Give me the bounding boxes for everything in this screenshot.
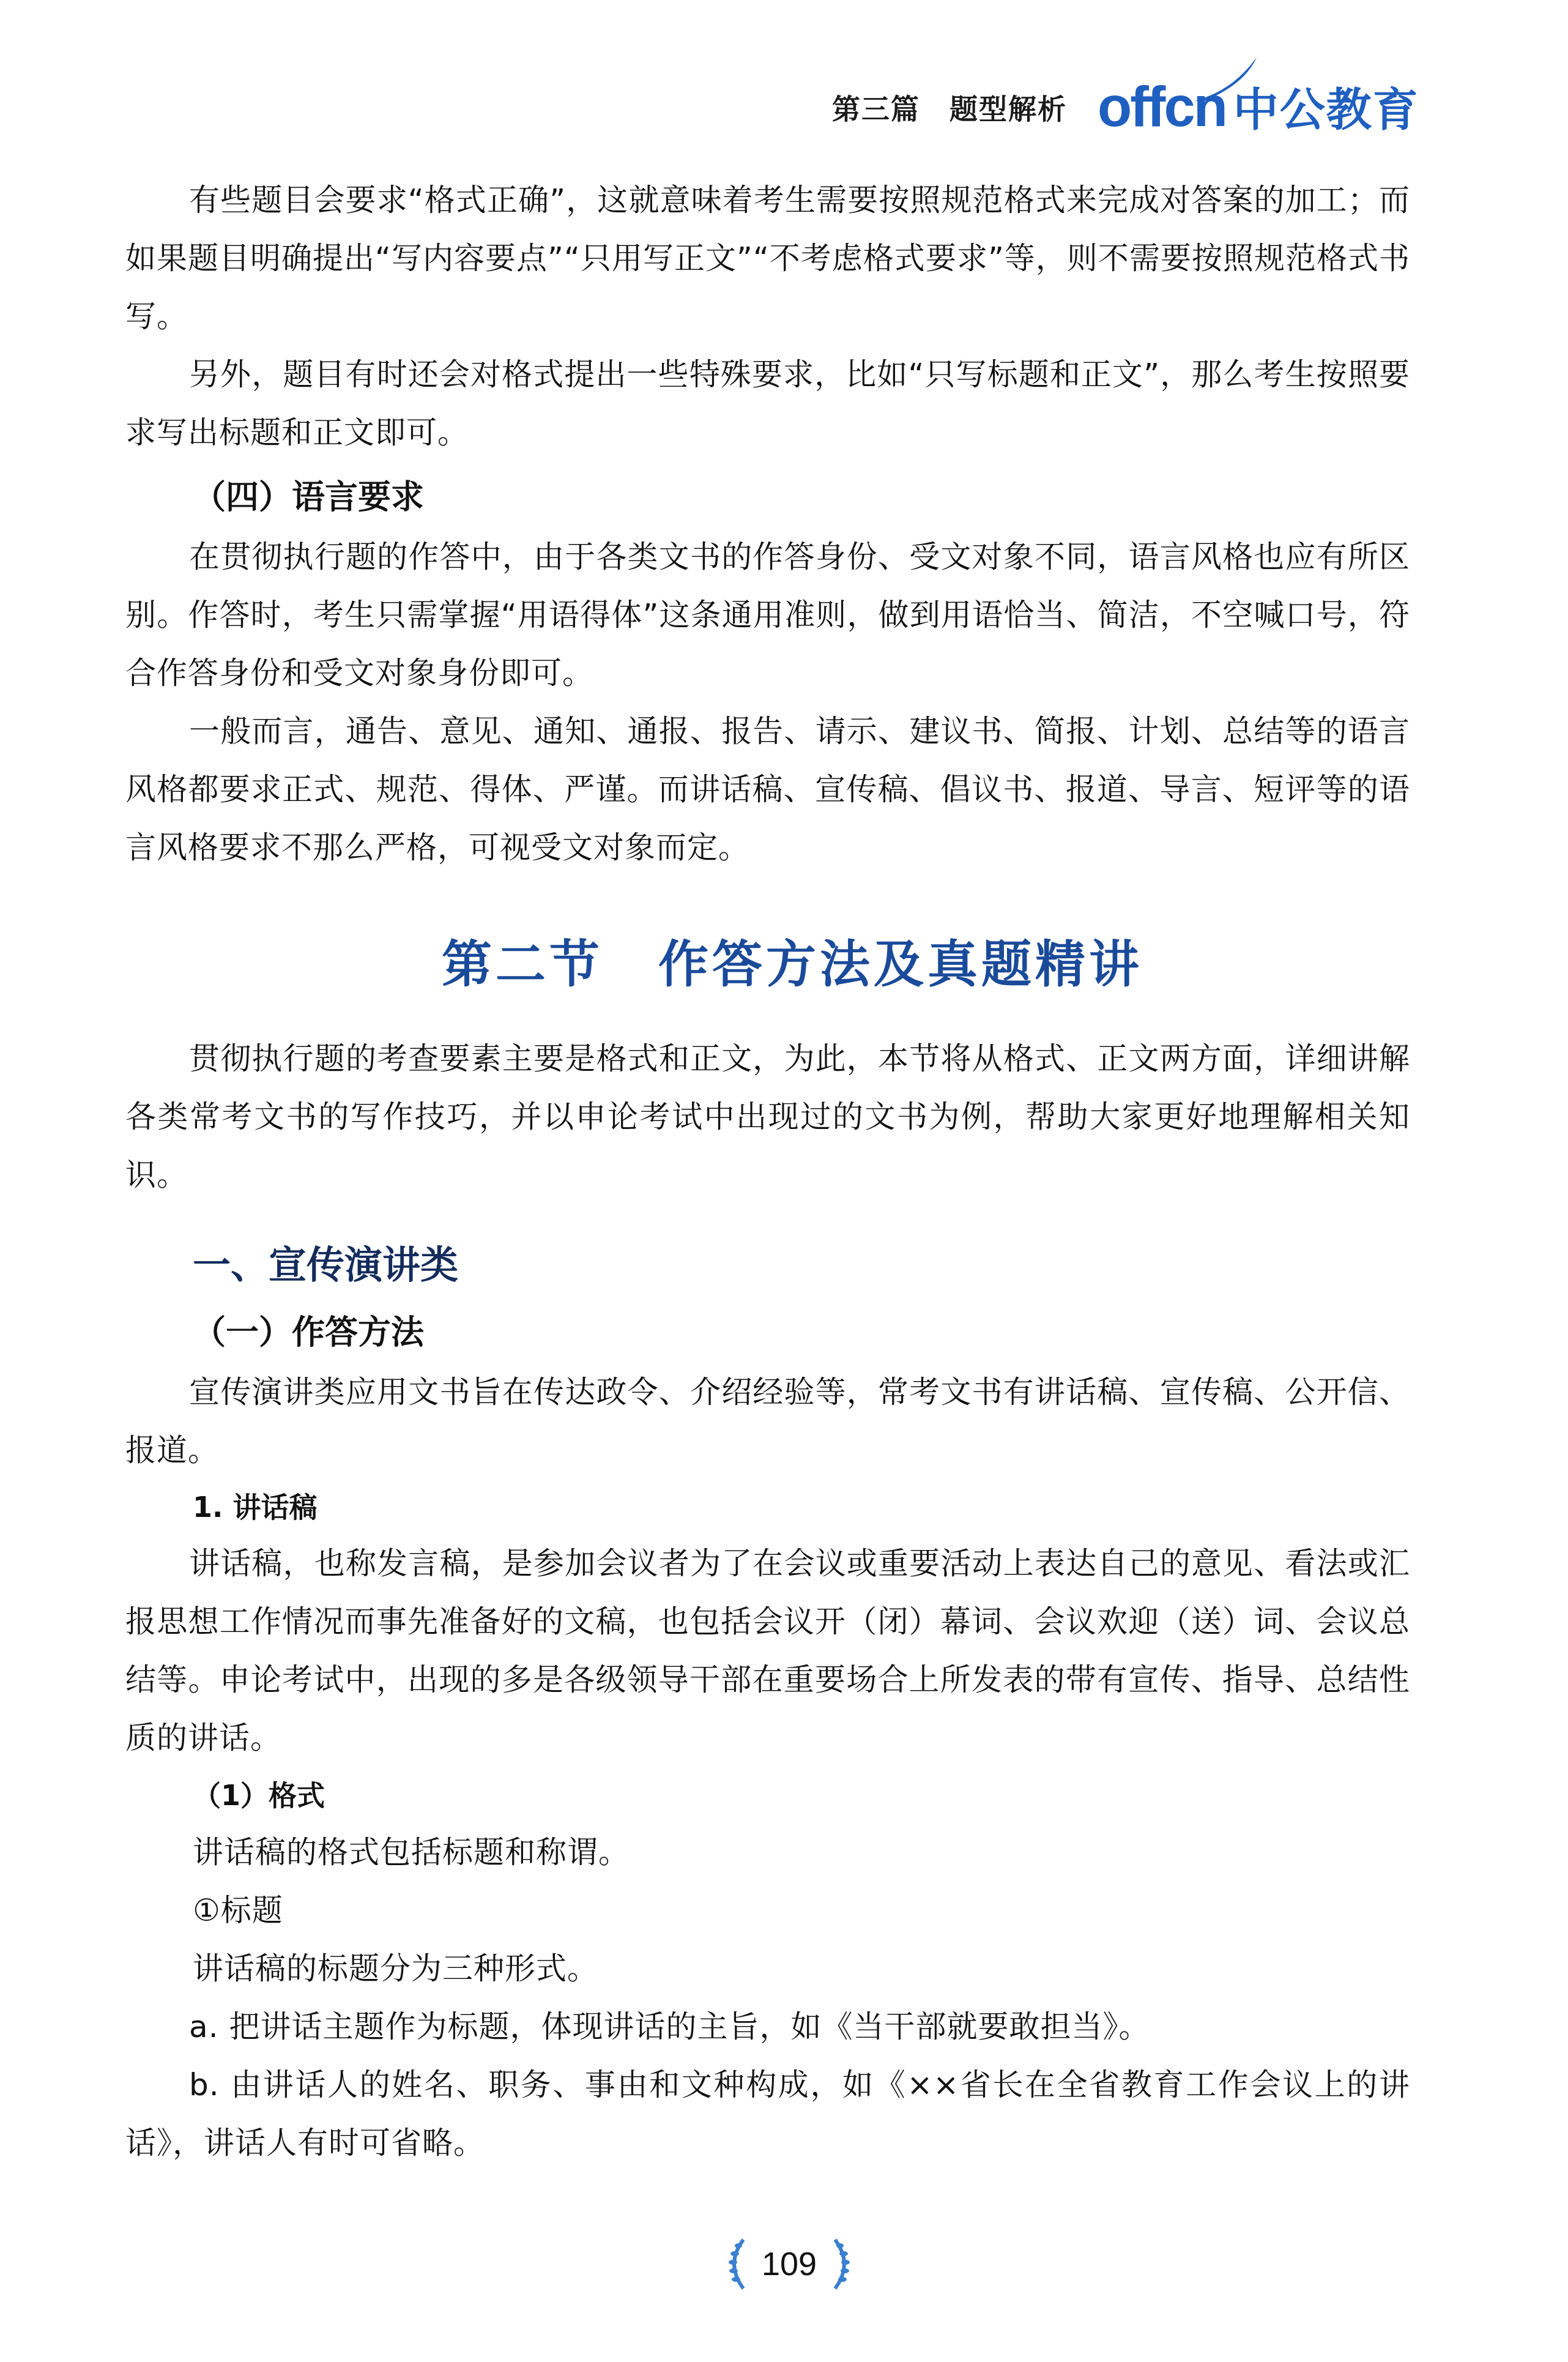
- part-title: 题型解析: [949, 92, 1067, 125]
- list-item: b. 由讲话人的姓名、职务、事由和文种构成，如《××省长在全省教育工作会议上的讲…: [125, 2056, 1410, 2172]
- list-item: a. 把讲话主题作为标题，体现讲话的主旨，如《当干部就要敢担当》。: [125, 1998, 1410, 2056]
- offcn-logo: offcn 中公教育: [1098, 79, 1419, 135]
- running-header: 第三篇题型解析 offcn 中公教育: [832, 67, 1444, 147]
- paragraph: 讲话稿的标题分为三种形式。: [125, 1940, 1410, 1998]
- page-footer: 109: [710, 2227, 869, 2301]
- category-heading: 一、宣传演讲类: [125, 1229, 1410, 1302]
- method-heading: （一）作答方法: [125, 1302, 1410, 1363]
- title-label: ①标题: [125, 1882, 1410, 1940]
- paragraph: 一般而言，通告、意见、通知、通报、报告、请示、建议书、简报、计划、总结等的语言风…: [125, 702, 1410, 877]
- paragraph: 讲话稿，也称发言稿，是参加会议者为了在会议或重要活动上表达自己的意见、看法或汇报…: [125, 1535, 1410, 1767]
- item-heading: 1. 讲话稿: [125, 1480, 1410, 1535]
- paragraph: 宣传演讲类应用文书旨在传达政令、介绍经验等，常考文书有讲话稿、宣传稿、公开信、报…: [125, 1363, 1410, 1480]
- part-heading: 第三篇题型解析: [832, 87, 1067, 127]
- laurel-right-icon: [829, 2237, 853, 2292]
- paragraph: 在贯彻执行题的作答中，由于各类文书的作答身份、受文对象不同，语言风格也应有所区别…: [125, 528, 1410, 702]
- part-label: 第三篇: [832, 92, 920, 125]
- subsection-heading: （四）语言要求: [125, 467, 1410, 528]
- section-title: 第二节作答方法及真题精讲: [125, 925, 1410, 996]
- paragraph: 讲话稿的格式包括标题和称谓。: [125, 1824, 1410, 1882]
- section-name: 作答方法及真题精讲: [658, 936, 1143, 994]
- laurel-left-icon: [725, 2237, 749, 2292]
- page-number: 109: [762, 2245, 817, 2283]
- format-heading: （1）格式: [125, 1767, 1410, 1824]
- paragraph: 另外，题目有时还会对格式提出一些特殊要求，比如“只写标题和正文”，那么考生按照要…: [125, 346, 1410, 462]
- section-intro: 贯彻执行题的考查要素主要是格式和正文，为此，本节将从格式、正文两方面，详细讲解各…: [125, 1030, 1410, 1204]
- section-number: 第二节: [442, 936, 603, 994]
- logo-swoosh-icon: [1189, 54, 1263, 103]
- page-body: 有些题目会要求“格式正确”，这就意味着考生需要按照规范格式来完成对答案的加工；而…: [125, 171, 1410, 2172]
- paragraph: 有些题目会要求“格式正确”，这就意味着考生需要按照规范格式来完成对答案的加工；而…: [125, 171, 1410, 346]
